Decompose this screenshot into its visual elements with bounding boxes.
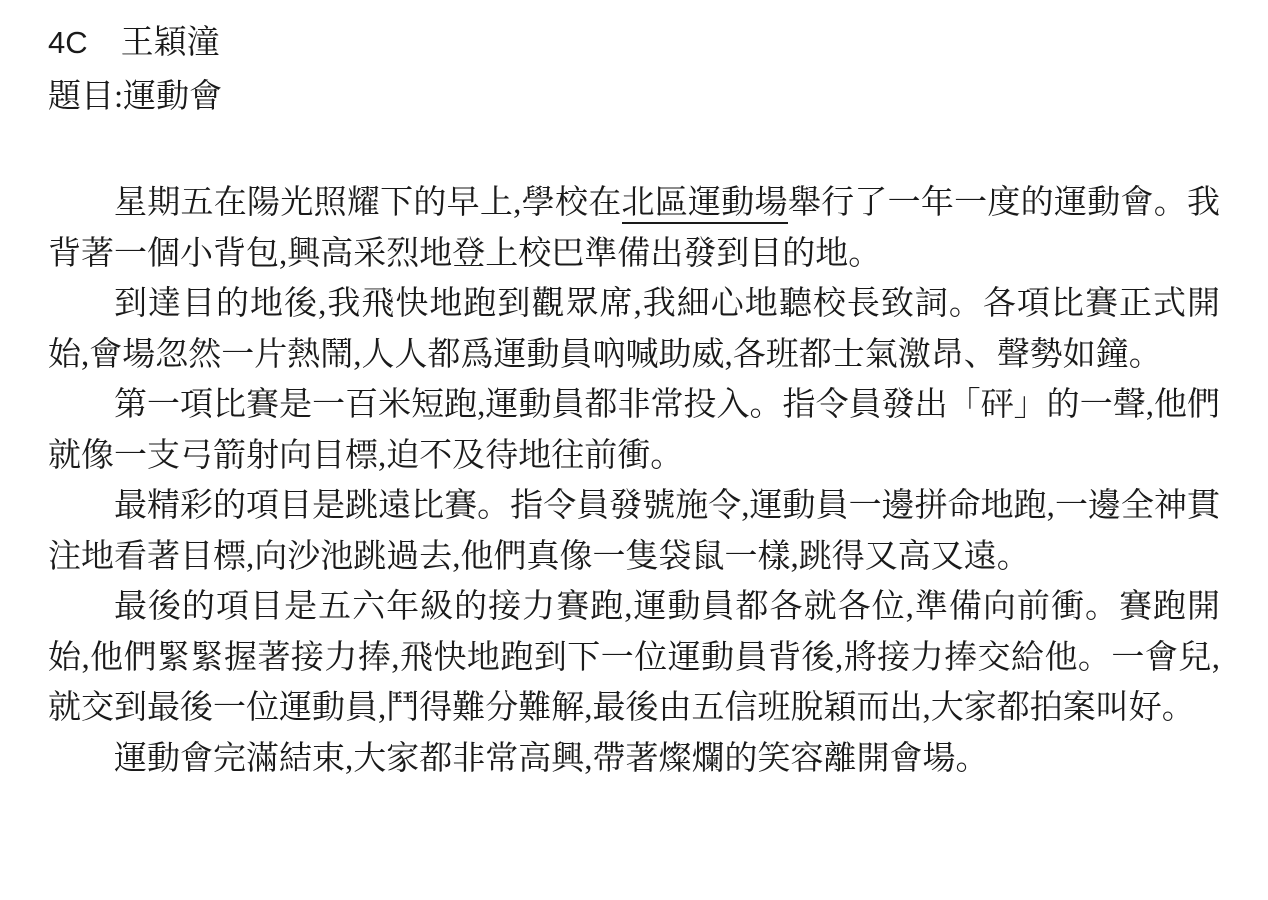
essay-paragraph-4: 最精彩的項目是跳遠比賽。指令員發號施令,運動員一邊拼命地跑,一邊全神貫注地看著目… [48,481,1220,582]
essay-paragraph-3: 第一項比賽是一百米短跑,運動員都非常投入。指令員發出「砰」的一聲,他們就像一支弓… [48,380,1220,481]
essay-title: 題目:運動會 [48,79,222,115]
essay-body: 星期五在陽光照耀下的早上,學校在北區運動場舉行了一年一度的運動會。我背著一個小背… [48,178,1220,784]
paragraph-text: 第一項比賽是一百米短跑,運動員都非常投入。指令員發出「砰」的一聲,他們就像一支弓… [48,387,1220,474]
paragraph-text: 最後的項目是五六年級的接力賽跑,運動員都各就各位,準備向前衝。賽跑開始,他們緊緊… [48,589,1220,726]
class-code: 4C [48,25,88,60]
underlined-venue-name: 北區運動場 [622,185,788,224]
essay-paragraph-1: 星期五在陽光照耀下的早上,學校在北區運動場舉行了一年一度的運動會。我背著一個小背… [48,178,1220,279]
paragraph-text: 星期五在陽光照耀下的早上,學校在 [114,185,622,221]
essay-paragraph-2: 到達目的地後,我飛快地跑到觀眾席,我細心地聽校長致詞。各項比賽正式開始,會場忽然… [48,279,1220,380]
student-name: 王穎潼 [121,25,220,61]
paragraph-text: 運動會完滿結束,大家都非常高興,帶著燦爛的笑容離開會場。 [114,741,989,777]
essay-paragraph-6: 運動會完滿結束,大家都非常高興,帶著燦爛的笑容離開會場。 [48,734,1220,785]
essay-paragraph-5: 最後的項目是五六年級的接力賽跑,運動員都各就各位,準備向前衝。賽跑開始,他們緊緊… [48,582,1220,734]
document-page: 4C王穎潼 題目:運動會 星期五在陽光照耀下的早上,學校在北區運動場舉行了一年一… [0,0,1268,900]
paragraph-text: 最精彩的項目是跳遠比賽。指令員發號施令,運動員一邊拼命地跑,一邊全神貫注地看著目… [48,488,1220,575]
blank-line-spacer [48,124,1268,178]
student-info-line: 4C王穎潼 [48,16,1268,70]
paragraph-text: 到達目的地後,我飛快地跑到觀眾席,我細心地聽校長致詞。各項比賽正式開始,會場忽然… [48,286,1220,373]
essay-title-line: 題目:運動會 [48,70,1268,124]
